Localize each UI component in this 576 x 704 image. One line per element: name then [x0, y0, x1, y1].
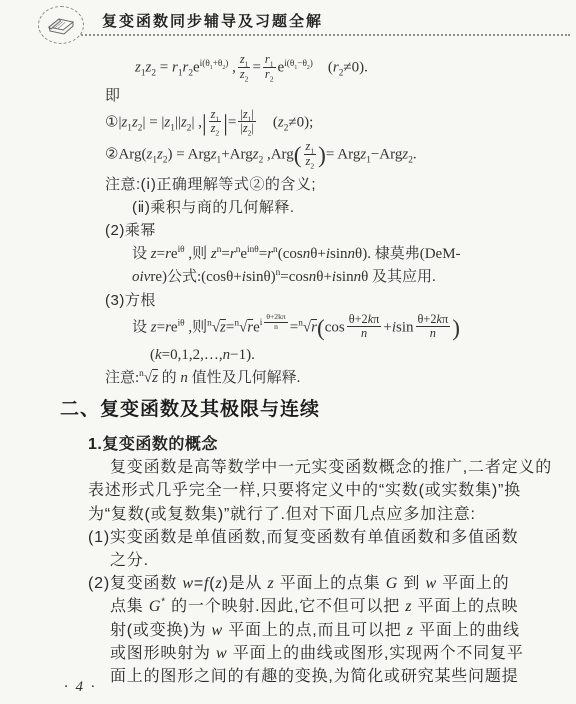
- list-item-2-line: 点集 G* 的一个映射.因此,它不但可以把 z 平面上的点映: [110, 595, 526, 618]
- power-formula-line2: oivre)公式:(cosθ+isinθ)n=cosnθ+isinnθ 及其应用…: [132, 266, 526, 288]
- list-item-2-line: (2)复变函数 w=f(z)是从 z 平面上的点集 G 到 w 平面上的: [88, 572, 526, 595]
- formula-modulus-rule: ①|z1z2| = |z1||z2| ,|z1z2|=|z1||z2| (z2≠…: [105, 109, 526, 138]
- paragraph-line: 表述形式几乎完全一样,只要将定义中的“实数(或实数集)”换: [88, 479, 526, 502]
- word-ji: 即: [105, 85, 526, 107]
- paragraph-line: 复变函数是高等数学中一元实变函数概念的推广,二者定义的: [110, 456, 526, 479]
- subsection-title: 1.复变函数的概念: [88, 433, 526, 456]
- textbook-page: 复变函数同步辅导及习题全解 z1z2 = r1r2ei(θ1+θ2) ,z1z2…: [0, 0, 576, 704]
- root-formula-line2: (k=0,1,2,…,n−1).: [150, 344, 526, 366]
- page-body: z1z2 = r1r2ei(θ1+θ2) ,z1z2=r1r2ei(θ1−θ2)…: [0, 50, 576, 688]
- book-icon: [38, 6, 84, 44]
- page-header: 复变函数同步辅导及习题全解: [0, 0, 576, 50]
- list-item-2-line: 面上的图形之间的有趣的变换,为简化或研究某些问题提: [110, 665, 526, 688]
- formula-product-quotient: z1z2 = r1r2ei(θ1+θ2) ,z1z2=r1r2ei(θ1−θ2)…: [135, 54, 526, 83]
- power-formula-line1: 设 z=reiθ ,则 zn=rneinθ=rn(cosnθ+isinnθ). …: [132, 243, 526, 265]
- list-item-2-line: 或图形映射为 w 平面上的曲线或图形,实现两个不同复平: [110, 642, 526, 665]
- page-number: · 4 ·: [64, 679, 97, 696]
- formula-argument-rule: ②Arg(z1z2) = Argz1+Argz2 ,Arg(z1z2)= Arg…: [105, 141, 526, 170]
- paragraph-line: 为“复数(或复数集)”就行了.但对下面几点应多加注意:: [88, 503, 526, 526]
- header-title: 复变函数同步辅导及习题全解: [102, 10, 323, 31]
- note-i: 注意:(ⅰ)正确理解等式②的含义;: [105, 174, 526, 196]
- book-sketch: [46, 14, 76, 36]
- list-item-1-line: (1)实变函数是单值函数,而复变函数有单值函数和多值函数: [88, 526, 526, 549]
- note-ii: (ⅱ)乘积与商的几何解释.: [132, 197, 526, 219]
- root-formula-line1: 设 z=reiθ ,则n√z=n√reiθ+2kπn=n√r(cosθ+2kπn…: [132, 314, 526, 343]
- list-item-1-line: 之分.: [110, 549, 526, 572]
- root-note: 注意:n√z 的 n 值性及几何解释.: [105, 367, 526, 389]
- section-heading: 二、复变函数及其极限与连续: [60, 397, 526, 423]
- list-item-2-line: 射(或变换)为 w 平面上的点,而且可以把 z 平面上的曲线: [110, 619, 526, 642]
- power-section-title: (2)乘幂: [105, 220, 526, 242]
- header-divider: [58, 34, 570, 36]
- root-section-title: (3)方根: [105, 290, 526, 312]
